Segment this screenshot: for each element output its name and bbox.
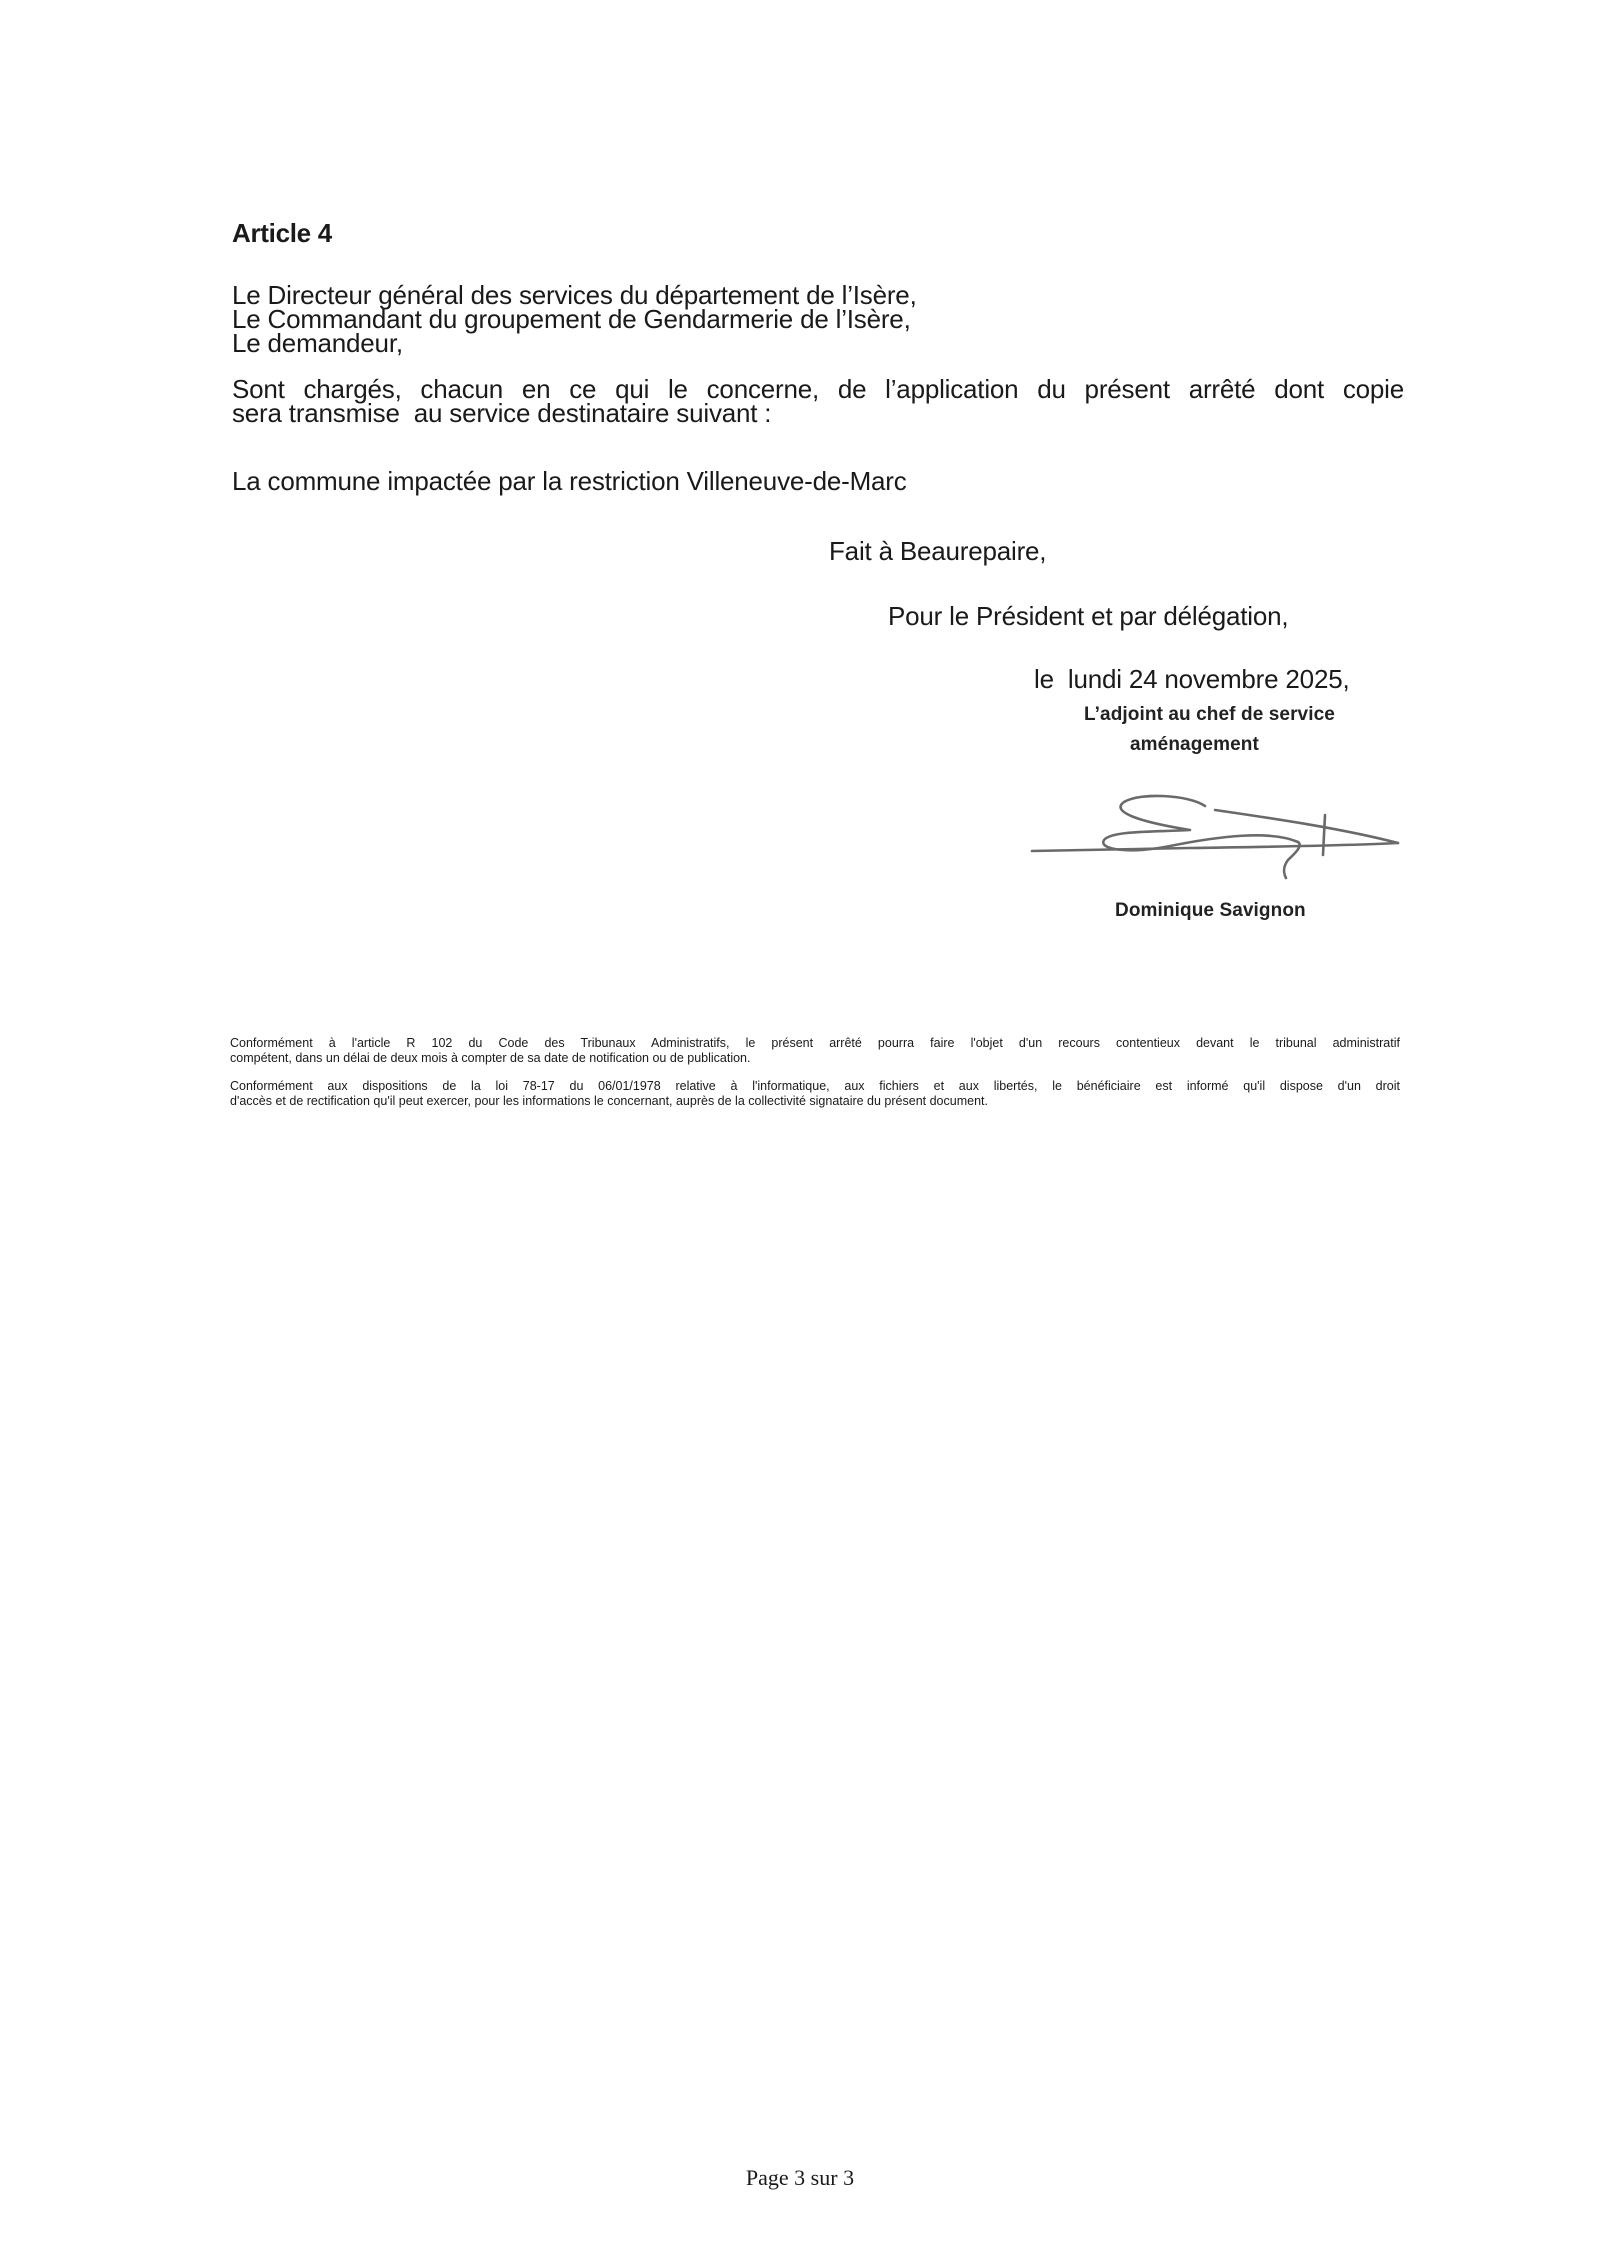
legal-notice-informatique-line-1: Conformément aux dispositions de la loi … <box>230 1079 1400 1094</box>
legal-notice-recours-line-2: compétent, dans un délai de deux mois à … <box>230 1051 1400 1066</box>
signature-place: Fait à Beaurepaire, <box>829 536 1046 567</box>
charge-text-line-2: sera transmise au service destinataire s… <box>232 400 771 426</box>
signatory-title-line-2: aménagement <box>1130 734 1259 756</box>
page-number: Page 3 sur 3 <box>0 2165 1600 2191</box>
legal-notice-recours-line-1: Conformément à l'article R 102 du Code d… <box>230 1036 1400 1051</box>
destinataire-commune: La commune impactée par la restriction V… <box>232 468 907 494</box>
legal-notice-recours: Conformément à l'article R 102 du Code d… <box>230 1036 1400 1066</box>
article-heading: Article 4 <box>232 218 332 249</box>
signature-delegation: Pour le Président et par délégation, <box>888 601 1288 632</box>
handwritten-signature-icon <box>1020 770 1420 890</box>
recipient-demandeur: Le demandeur, <box>232 330 403 356</box>
signatory-name: Dominique Savignon <box>1115 900 1306 922</box>
signatory-title-line-1: L’adjoint au chef de service <box>1084 704 1335 726</box>
signature-date: le lundi 24 novembre 2025, <box>1034 664 1350 695</box>
legal-notice-informatique: Conformément aux dispositions de la loi … <box>230 1079 1400 1109</box>
legal-notice-informatique-line-2: d'accès et de rectification qu'il peut e… <box>230 1094 1400 1109</box>
